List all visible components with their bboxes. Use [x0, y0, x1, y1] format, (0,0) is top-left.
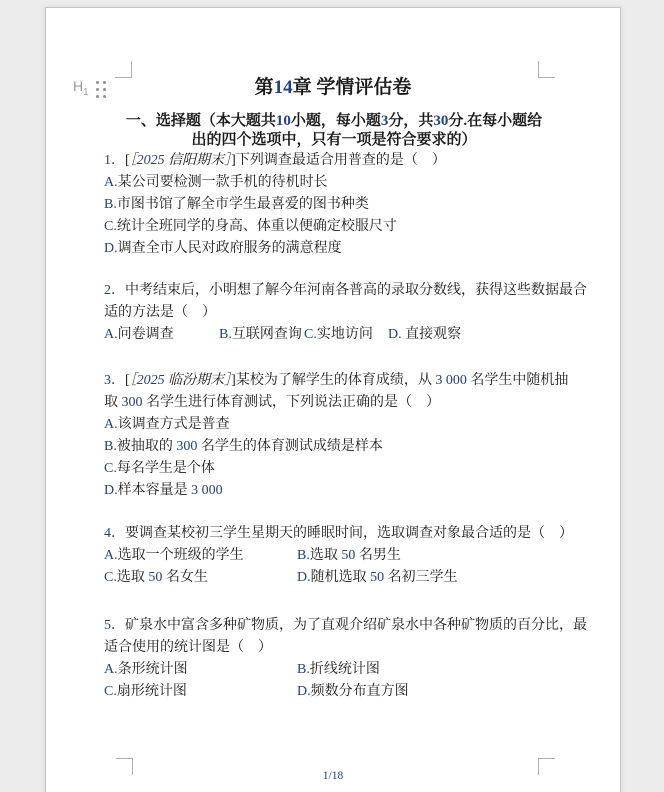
- text-run: 取: [104, 395, 122, 410]
- text-run: ［: [130, 373, 137, 388]
- document-page: H1 第14章 学情评估卷 一、选择题（本大题共10小题，每小题3分，共30分.…: [45, 7, 621, 792]
- text-run: 名学生中随机抽: [467, 373, 569, 388]
- text-run: 频数分布直方图: [311, 684, 409, 699]
- section-heading: 一、选择题（本大题共10小题，每小题3分，共30分.在每小题给出的四个选项中，只…: [76, 112, 592, 150]
- text-run: 1．: [104, 153, 125, 168]
- text-run: 名男生: [355, 548, 401, 563]
- text-run: 5．: [104, 618, 125, 633]
- text-run: 统计全班同学的身高、体重以便确定校服尺寸: [117, 219, 397, 234]
- option-cell: B.折线统计图: [297, 659, 380, 681]
- text-run: 选取一个班级的学生: [118, 548, 244, 563]
- text-run: 直接观察: [402, 327, 462, 342]
- text-run: D.: [104, 241, 118, 256]
- text-run: A.: [104, 175, 118, 190]
- text-line: A.条形统计图B.折线统计图: [104, 659, 578, 681]
- question-2: 2．中考结束后，小明想了解今年河南各普高的录取分数线，获得这些数据最合适的方法是…: [104, 280, 578, 346]
- text-line: 3．[［2025 临汾期末］]某校为了解学生的体育成绩，从 3 000 名学生中…: [104, 370, 578, 392]
- text-line: B.被抽取的 300 名学生的体育测试成绩是样本: [104, 436, 578, 458]
- option-cell: A.条形统计图: [104, 659, 188, 681]
- text-run: B.: [297, 662, 310, 677]
- text-line: A.某公司要检测一款手机的待机时长: [104, 172, 578, 194]
- text-run: 30: [433, 113, 448, 129]
- text-line: D.样本容量是 3 000: [104, 480, 578, 502]
- text-run: B.: [104, 439, 117, 454]
- text-run: 某公司要检测一款手机的待机时长: [118, 175, 328, 190]
- text-line: 适的方法是（ ）: [104, 302, 578, 324]
- text-run: 分，共: [388, 113, 433, 129]
- text-line: C.每名学生是个体: [104, 458, 578, 480]
- text-line: A.问卷调查B.互联网查询C.实地访问D. 直接观察: [104, 324, 578, 346]
- text-run: 每名学生是个体: [117, 461, 215, 476]
- text-run: 条形统计图: [118, 662, 188, 677]
- question-3: 3．[［2025 临汾期末］]某校为了解学生的体育成绩，从 3 000 名学生中…: [104, 370, 578, 502]
- text-run: 300: [176, 439, 197, 454]
- text-run: B.: [219, 327, 232, 342]
- option-cell: D.频数分布直方图: [297, 681, 409, 703]
- text-line: 1．[［2025 信阳期末］]下列调查最适合用普查的是（ ）: [104, 150, 578, 172]
- text-run: A.: [104, 662, 118, 677]
- text-line: C.统计全班同学的身高、体重以便确定校服尺寸: [104, 216, 578, 238]
- text-run: 中考结束后，小明想了解今年河南各普高的录取分数线，获得这些数据最合: [125, 283, 587, 298]
- text-run: 下列调查最适合用普查的是（ ）: [236, 153, 446, 168]
- option-cell: A.问卷调查: [104, 324, 174, 346]
- text-line: A.选取一个班级的学生B.选取 50 名男生: [104, 545, 578, 567]
- text-run: 50: [148, 570, 162, 585]
- text-run: 300: [122, 395, 143, 410]
- text-run: 名初三学生: [384, 570, 458, 585]
- text-run: 矿泉水中富含多种矿物质，为了直观介绍矿泉水中各种矿物质的百分比，最: [125, 618, 587, 633]
- text-run: 实地访问: [317, 327, 373, 342]
- text-run: 选取: [117, 570, 149, 585]
- text-run: D.: [297, 570, 311, 585]
- text-run: D.: [104, 483, 118, 498]
- text-run: 扇形统计图: [117, 684, 187, 699]
- text-run: ［: [130, 153, 137, 168]
- text-run: 随机选取: [311, 570, 371, 585]
- text-run: 名学生进行体育测试，下列说法正确的是（ ）: [143, 395, 441, 410]
- text-run: 要调查某校初三学生星期天的睡眠时间，选取调查对象最合适的是（ ）: [125, 526, 573, 541]
- text-run: 适的方法是（ ）: [104, 305, 216, 320]
- text-line: 一、选择题（本大题共10小题，每小题3分，共30分.在每小题给: [76, 112, 592, 131]
- text-run: B.: [297, 548, 310, 563]
- text-run: 调查全市人民对政府服务的满意程度: [118, 241, 342, 256]
- option-cell: A.选取一个班级的学生: [104, 545, 244, 567]
- text-run: 名学生的体育测试成绩是样本: [197, 439, 383, 454]
- text-run: C.: [304, 327, 317, 342]
- text-run: D.: [388, 327, 402, 342]
- option-cell: D.随机选取 50 名初三学生: [297, 567, 458, 589]
- document-canvas: H1 第14章 学情评估卷 一、选择题（本大题共10小题，每小题3分，共30分.…: [0, 0, 664, 792]
- text-run: 信阳期末: [168, 153, 224, 168]
- text-run: 14: [274, 77, 293, 98]
- question-4: 4．要调查某校初三学生星期天的睡眠时间，选取调查对象最合适的是（ ）A.选取一个…: [104, 523, 578, 589]
- option-cell: D. 直接观察: [388, 324, 461, 346]
- text-line: 5．矿泉水中富含多种矿物质，为了直观介绍矿泉水中各种矿物质的百分比，最: [104, 615, 578, 637]
- text-run: 问卷调查: [118, 327, 174, 342]
- document-title: 第14章 学情评估卷: [46, 72, 620, 99]
- text-run: 适合使用的统计图是（ ）: [104, 640, 272, 655]
- text-run: 2．: [104, 283, 125, 298]
- text-run: 一、选择题（本大题共: [126, 113, 276, 129]
- text-run: 3 000: [435, 373, 467, 388]
- text-run: C.: [104, 570, 117, 585]
- text-run: B.: [104, 197, 117, 212]
- text-run: C.: [104, 219, 117, 234]
- text-line: 出的四个选项中，只有一项是符合要求的）: [76, 131, 592, 150]
- option-cell: C.选取 50 名女生: [104, 567, 208, 589]
- text-line: 2．中考结束后，小明想了解今年河南各普高的录取分数线，获得这些数据最合: [104, 280, 578, 302]
- text-run: 互联网查询: [232, 327, 302, 342]
- text-run: 章 学情评估卷: [293, 77, 412, 98]
- text-run: 临汾期末: [168, 373, 224, 388]
- text-run: 50: [370, 570, 384, 585]
- text-run: 市图书馆了解全市学生最喜爱的图书种类: [117, 197, 369, 212]
- text-line: 取 300 名学生进行体育测试，下列说法正确的是（ ）: [104, 392, 578, 414]
- text-line: B.市图书馆了解全市学生最喜爱的图书种类: [104, 194, 578, 216]
- text-run: A.: [104, 327, 118, 342]
- text-run: 该调查方式是普查: [118, 417, 230, 432]
- text-line: C.扇形统计图D.频数分布直方图: [104, 681, 578, 703]
- text-run: 50: [341, 548, 355, 563]
- text-run: 某校为了解学生的体育成绩，从: [236, 373, 436, 388]
- text-line: D.调查全市人民对政府服务的满意程度: [104, 238, 578, 260]
- text-run: 10: [276, 113, 291, 129]
- question-1: 1．[［2025 信阳期末］]下列调查最适合用普查的是（ ）A.某公司要检测一款…: [104, 150, 578, 260]
- option-cell: C.实地访问: [304, 324, 373, 346]
- text-run: 第: [255, 77, 274, 98]
- question-5: 5．矿泉水中富含多种矿物质，为了直观介绍矿泉水中各种矿物质的百分比，最适合使用的…: [104, 615, 578, 703]
- text-run: 分.在每小题给: [448, 113, 542, 129]
- option-cell: C.扇形统计图: [104, 681, 187, 703]
- text-run: 3 000: [191, 483, 223, 498]
- text-run: 名女生: [162, 570, 208, 585]
- text-run: C.: [104, 684, 117, 699]
- text-line: 适合使用的统计图是（ ）: [104, 637, 578, 659]
- text-line: C.选取 50 名女生D.随机选取 50 名初三学生: [104, 567, 578, 589]
- text-run: 2025: [137, 373, 169, 388]
- text-run: A.: [104, 417, 118, 432]
- option-cell: B.选取 50 名男生: [297, 545, 401, 567]
- text-run: 小题，每小题: [291, 113, 381, 129]
- page-number: 1/18: [46, 770, 620, 782]
- option-cell: B.互联网查询: [219, 324, 302, 346]
- text-run: 3．: [104, 373, 125, 388]
- text-line: 4．要调查某校初三学生星期天的睡眠时间，选取调查对象最合适的是（ ）: [104, 523, 578, 545]
- text-run: 选取: [310, 548, 342, 563]
- text-run: C.: [104, 461, 117, 476]
- text-run: D.: [297, 684, 311, 699]
- text-run: 2025: [137, 153, 169, 168]
- text-line: A.该调查方式是普查: [104, 414, 578, 436]
- text-run: A.: [104, 548, 118, 563]
- text-run: 被抽取的: [117, 439, 177, 454]
- text-run: 折线统计图: [310, 662, 380, 677]
- text-run: 4．: [104, 526, 125, 541]
- text-run: 出的四个选项中，只有一项是符合要求的）: [191, 132, 476, 148]
- text-run: 样本容量是: [118, 483, 192, 498]
